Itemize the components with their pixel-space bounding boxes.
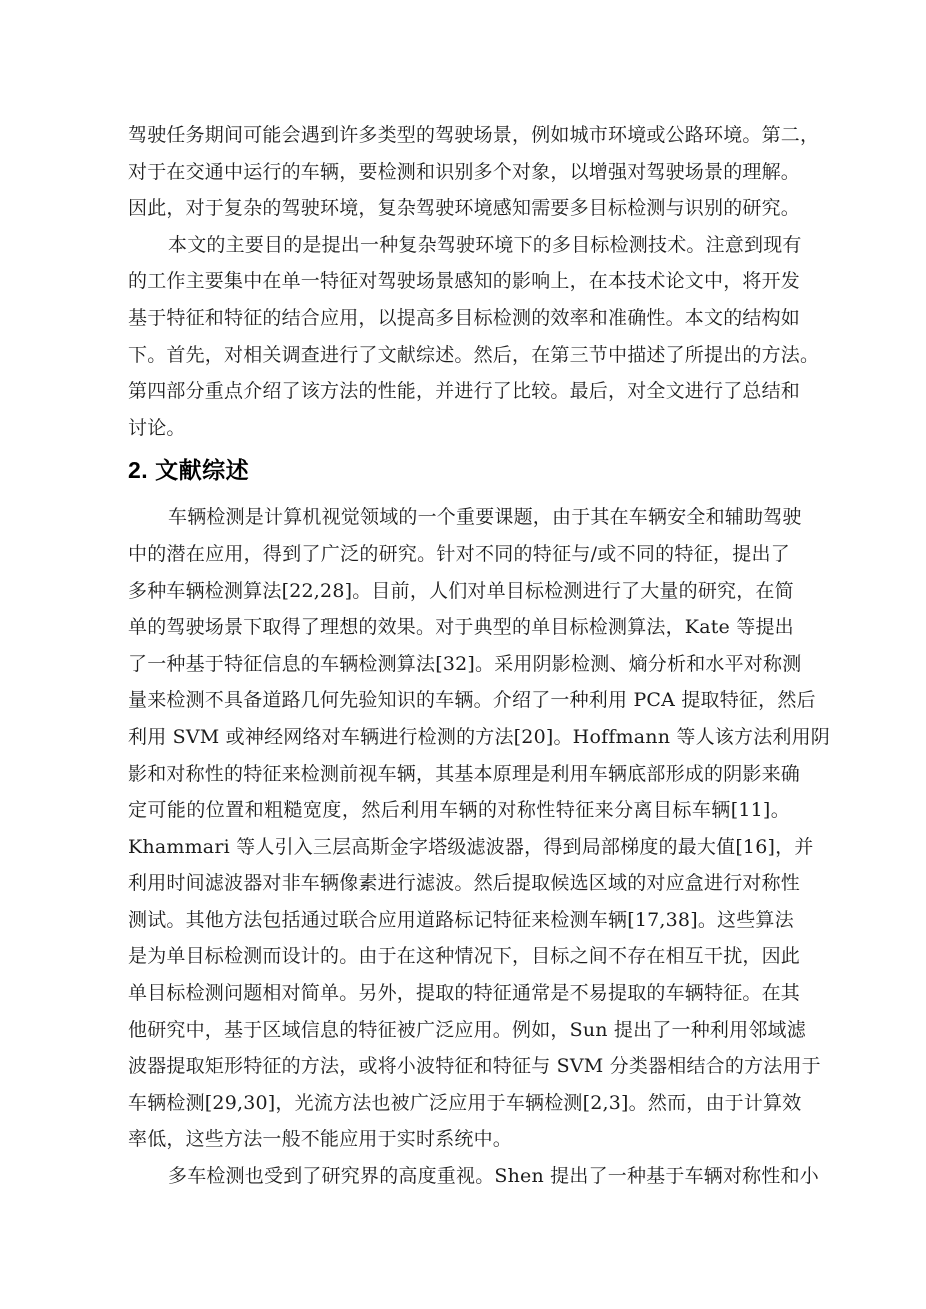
text-line: Khammari 等人引入三层高斯金字塔级滤波器，得到局部梯度的最大值[16]，… xyxy=(128,829,790,866)
text-line: 驾驶任务期间可能会遇到许多类型的驾驶场景，例如城市环境或公路环境。第二， xyxy=(128,117,790,154)
text-line: 是为单目标检测而设计的。由于在这种情况下，目标之间不存在相互干扰，因此 xyxy=(128,938,790,975)
text-line: 利用时间滤波器对非车辆像素进行滤波。然后提取候选区域的对应盒进行对称性 xyxy=(128,865,790,902)
text-line: 单目标检测问题相对简单。另外，提取的特征通常是不易提取的车辆特征。在其 xyxy=(128,975,790,1012)
text-line: 单的驾驶场景下取得了理想的效果。对于典型的单目标检测算法，Kate 等提出 xyxy=(128,609,790,646)
text-line: 讨论。 xyxy=(128,410,790,447)
text-line: 本文的主要目的是提出一种复杂驾驶环境下的多目标检测技术。注意到现有 xyxy=(128,227,790,264)
text-line: 因此，对于复杂的驾驶环境，复杂驾驶环境感知需要多目标检测与识别的研究。 xyxy=(128,190,790,227)
paragraph: 多车检测也受到了研究界的高度重视。Shen 提出了一种基于车辆对称性和小 xyxy=(128,1158,790,1195)
text-line: 基于特征和特征的结合应用，以提高多目标检测的效率和准确性。本文的结构如 xyxy=(128,300,790,337)
text-line: 车辆检测是计算机视觉领域的一个重要课题，由于其在车辆安全和辅助驾驶 xyxy=(128,499,790,536)
text-line: 了一种基于特征信息的车辆检测算法[32]。采用阴影检测、熵分析和水平对称测 xyxy=(128,646,790,683)
section-heading: 2. 文献综述 xyxy=(128,452,790,488)
text-line: 影和对称性的特征来检测前视车辆，其基本原理是利用车辆底部形成的阴影来确 xyxy=(128,756,790,793)
document-body: 驾驶任务期间可能会遇到许多类型的驾驶场景，例如城市环境或公路环境。第二，对于在交… xyxy=(128,117,790,1195)
text-line: 中的潜在应用，得到了广泛的研究。针对不同的特征与/或不同的特征，提出了 xyxy=(128,536,790,573)
paragraph: 车辆检测是计算机视觉领域的一个重要课题，由于其在车辆安全和辅助驾驶中的潜在应用，… xyxy=(128,499,790,1158)
text-line: 他研究中，基于区域信息的特征被广泛应用。例如，Sun 提出了一种利用邻域滤 xyxy=(128,1012,790,1049)
text-line: 对于在交通中运行的车辆，要检测和识别多个对象，以增强对驾驶场景的理解。 xyxy=(128,154,790,191)
text-line: 定可能的位置和粗糙宽度，然后利用车辆的对称性特征来分离目标车辆[11]。 xyxy=(128,792,790,829)
text-line: 利用 SVM 或神经网络对车辆进行检测的方法[20]。Hoffmann 等人该方… xyxy=(128,719,790,756)
document-page: 驾驶任务期间可能会遇到许多类型的驾驶场景，例如城市环境或公路环境。第二，对于在交… xyxy=(0,0,926,1309)
text-line: 多种车辆检测算法[22,28]。目前，人们对单目标检测进行了大量的研究，在简 xyxy=(128,573,790,610)
text-line: 多车检测也受到了研究界的高度重视。Shen 提出了一种基于车辆对称性和小 xyxy=(128,1158,790,1195)
text-line: 波器提取矩形特征的方法，或将小波特征和特征与 SVM 分类器相结合的方法用于 xyxy=(128,1048,790,1085)
paragraph: 驾驶任务期间可能会遇到许多类型的驾驶场景，例如城市环境或公路环境。第二，对于在交… xyxy=(128,117,790,227)
text-line: 第四部分重点介绍了该方法的性能，并进行了比较。最后，对全文进行了总结和 xyxy=(128,373,790,410)
paragraph: 本文的主要目的是提出一种复杂驾驶环境下的多目标检测技术。注意到现有的工作主要集中… xyxy=(128,227,790,447)
text-line: 的工作主要集中在单一特征对驾驶场景感知的影响上，在本技术论文中，将开发 xyxy=(128,263,790,300)
text-line: 测试。其他方法包括通过联合应用道路标记特征来检测车辆[17,38]。这些算法 xyxy=(128,902,790,939)
text-line: 下。首先，对相关调查进行了文献综述。然后，在第三节中描述了所提出的方法。 xyxy=(128,337,790,374)
text-line: 车辆检测[29,30]，光流方法也被广泛应用于车辆检测[2,3]。然而，由于计算… xyxy=(128,1085,790,1122)
text-line: 量来检测不具备道路几何先验知识的车辆。介绍了一种利用 PCA 提取特征，然后 xyxy=(128,682,790,719)
text-line: 率低，这些方法一般不能应用于实时系统中。 xyxy=(128,1121,790,1158)
